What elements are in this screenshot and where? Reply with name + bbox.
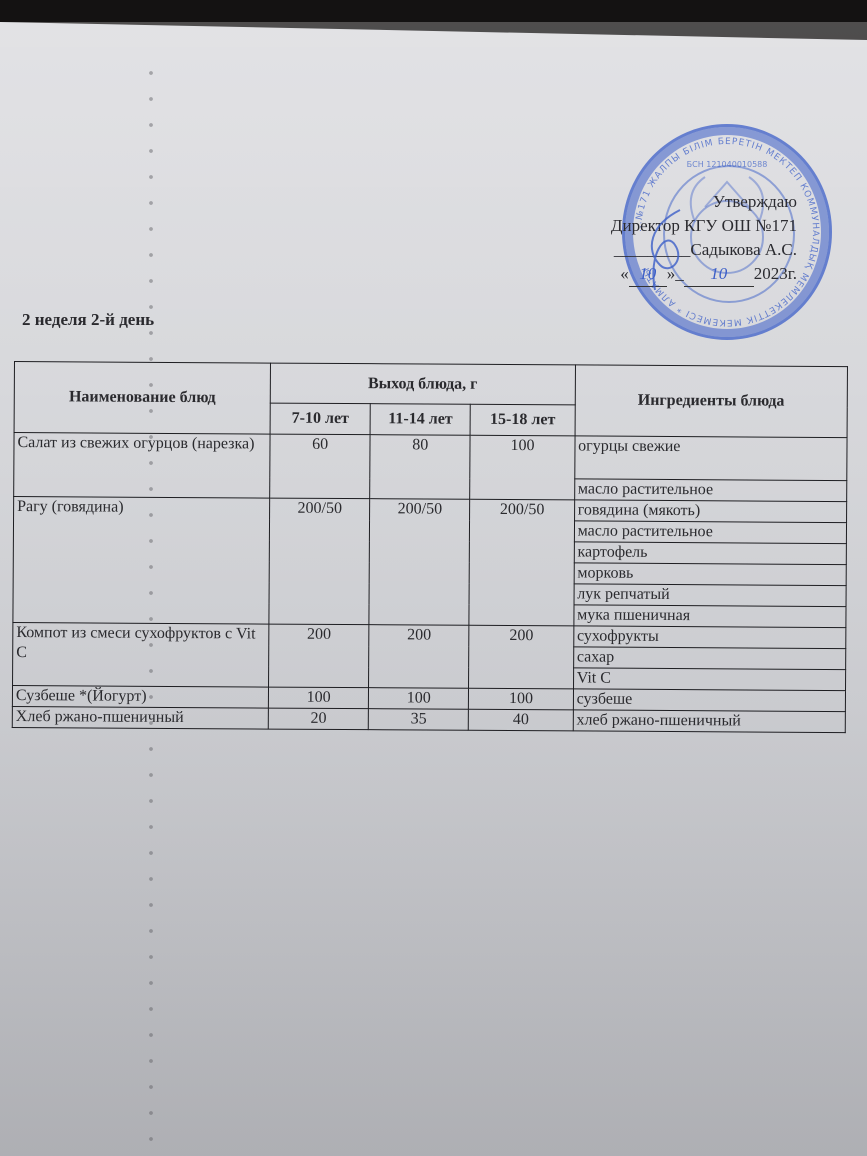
ingredient: огурцы свежие: [574, 436, 847, 481]
approval-position: Директор КГУ ОШ №171: [611, 214, 797, 238]
dish-name: Салат из свежих огурцов (нарезка): [14, 433, 270, 499]
dish-name: Сузбеше *(Йогурт): [12, 685, 268, 708]
ingredient: картофель: [574, 542, 846, 565]
yield-15-18: 40: [469, 709, 573, 731]
photo-background-edge: [0, 0, 867, 40]
yield-15-18: 200: [469, 625, 574, 689]
yield-7-10: 20: [268, 708, 368, 730]
table-row: Салат из свежих огурцов (нарезка) 60 80 …: [14, 433, 847, 481]
ingredient: говядина (мякоть): [574, 500, 846, 523]
header-yield: Выход блюда, г: [270, 363, 575, 405]
date-year: 2023г.: [754, 264, 797, 283]
yield-15-18: 100: [470, 435, 575, 500]
header-age-11-14: 11-14 лет: [370, 404, 470, 436]
ingredient: масло растительное: [574, 521, 846, 544]
approval-block: Утверждаю Директор КГУ ОШ №171 _________…: [611, 190, 797, 287]
yield-11-14: 200/50: [369, 499, 470, 626]
table-row: Хлеб ржано-пшеничный 20 35 40 хлеб ржано…: [12, 706, 845, 732]
yield-11-14: 80: [370, 435, 471, 500]
ingredient: лук репчатый: [574, 584, 846, 607]
ingredient: Vit C: [573, 668, 845, 691]
approval-title: Утверждаю: [611, 190, 797, 214]
table-row: Рагу (говядина) 200/50 200/50 200/50 гов…: [14, 497, 847, 523]
yield-15-18: 100: [469, 688, 573, 710]
approval-signer: _________Садыкова А.С.: [611, 238, 797, 262]
dish-name: Рагу (говядина): [13, 497, 270, 625]
yield-11-14: 200: [369, 625, 470, 689]
header-age-15-18: 15-18 лет: [470, 404, 574, 436]
header-dish-name: Наименование блюд: [14, 362, 270, 435]
day-title: 2 неделя 2-й день: [22, 310, 154, 330]
yield-7-10: 100: [268, 687, 368, 709]
table-row: Компот из смеси сухофруктов с Vit C 200 …: [13, 622, 846, 648]
dish-name: Хлеб ржано-пшеничный: [12, 706, 268, 729]
yield-15-18: 200/50: [469, 499, 574, 626]
yield-7-10: 60: [270, 434, 371, 499]
header-age-7-10: 7-10 лет: [270, 403, 370, 435]
ingredient: масло растительное: [574, 479, 846, 502]
dish-name: Компот из смеси сухофруктов с Vit C: [13, 622, 269, 687]
signature-icon: [640, 205, 700, 295]
ingredient: сузбеше: [573, 689, 845, 712]
ingredient: хлеб ржано-пшеничный: [573, 710, 845, 733]
yield-11-14: 35: [369, 709, 469, 731]
header-ingredients: Ингредиенты блюда: [575, 365, 848, 438]
yield-7-10: 200/50: [269, 498, 370, 625]
ingredient: морковь: [574, 563, 846, 586]
ingredient: сухофрукты: [573, 626, 845, 649]
ingredient: сахар: [573, 647, 845, 670]
menu-table: Наименование блюд Выход блюда, г Ингреди…: [12, 361, 848, 733]
ingredient: мука пшеничная: [574, 605, 846, 628]
yield-7-10: 200: [269, 624, 370, 688]
approval-date: «10»_102023г.: [611, 262, 797, 287]
yield-11-14: 100: [369, 688, 469, 710]
